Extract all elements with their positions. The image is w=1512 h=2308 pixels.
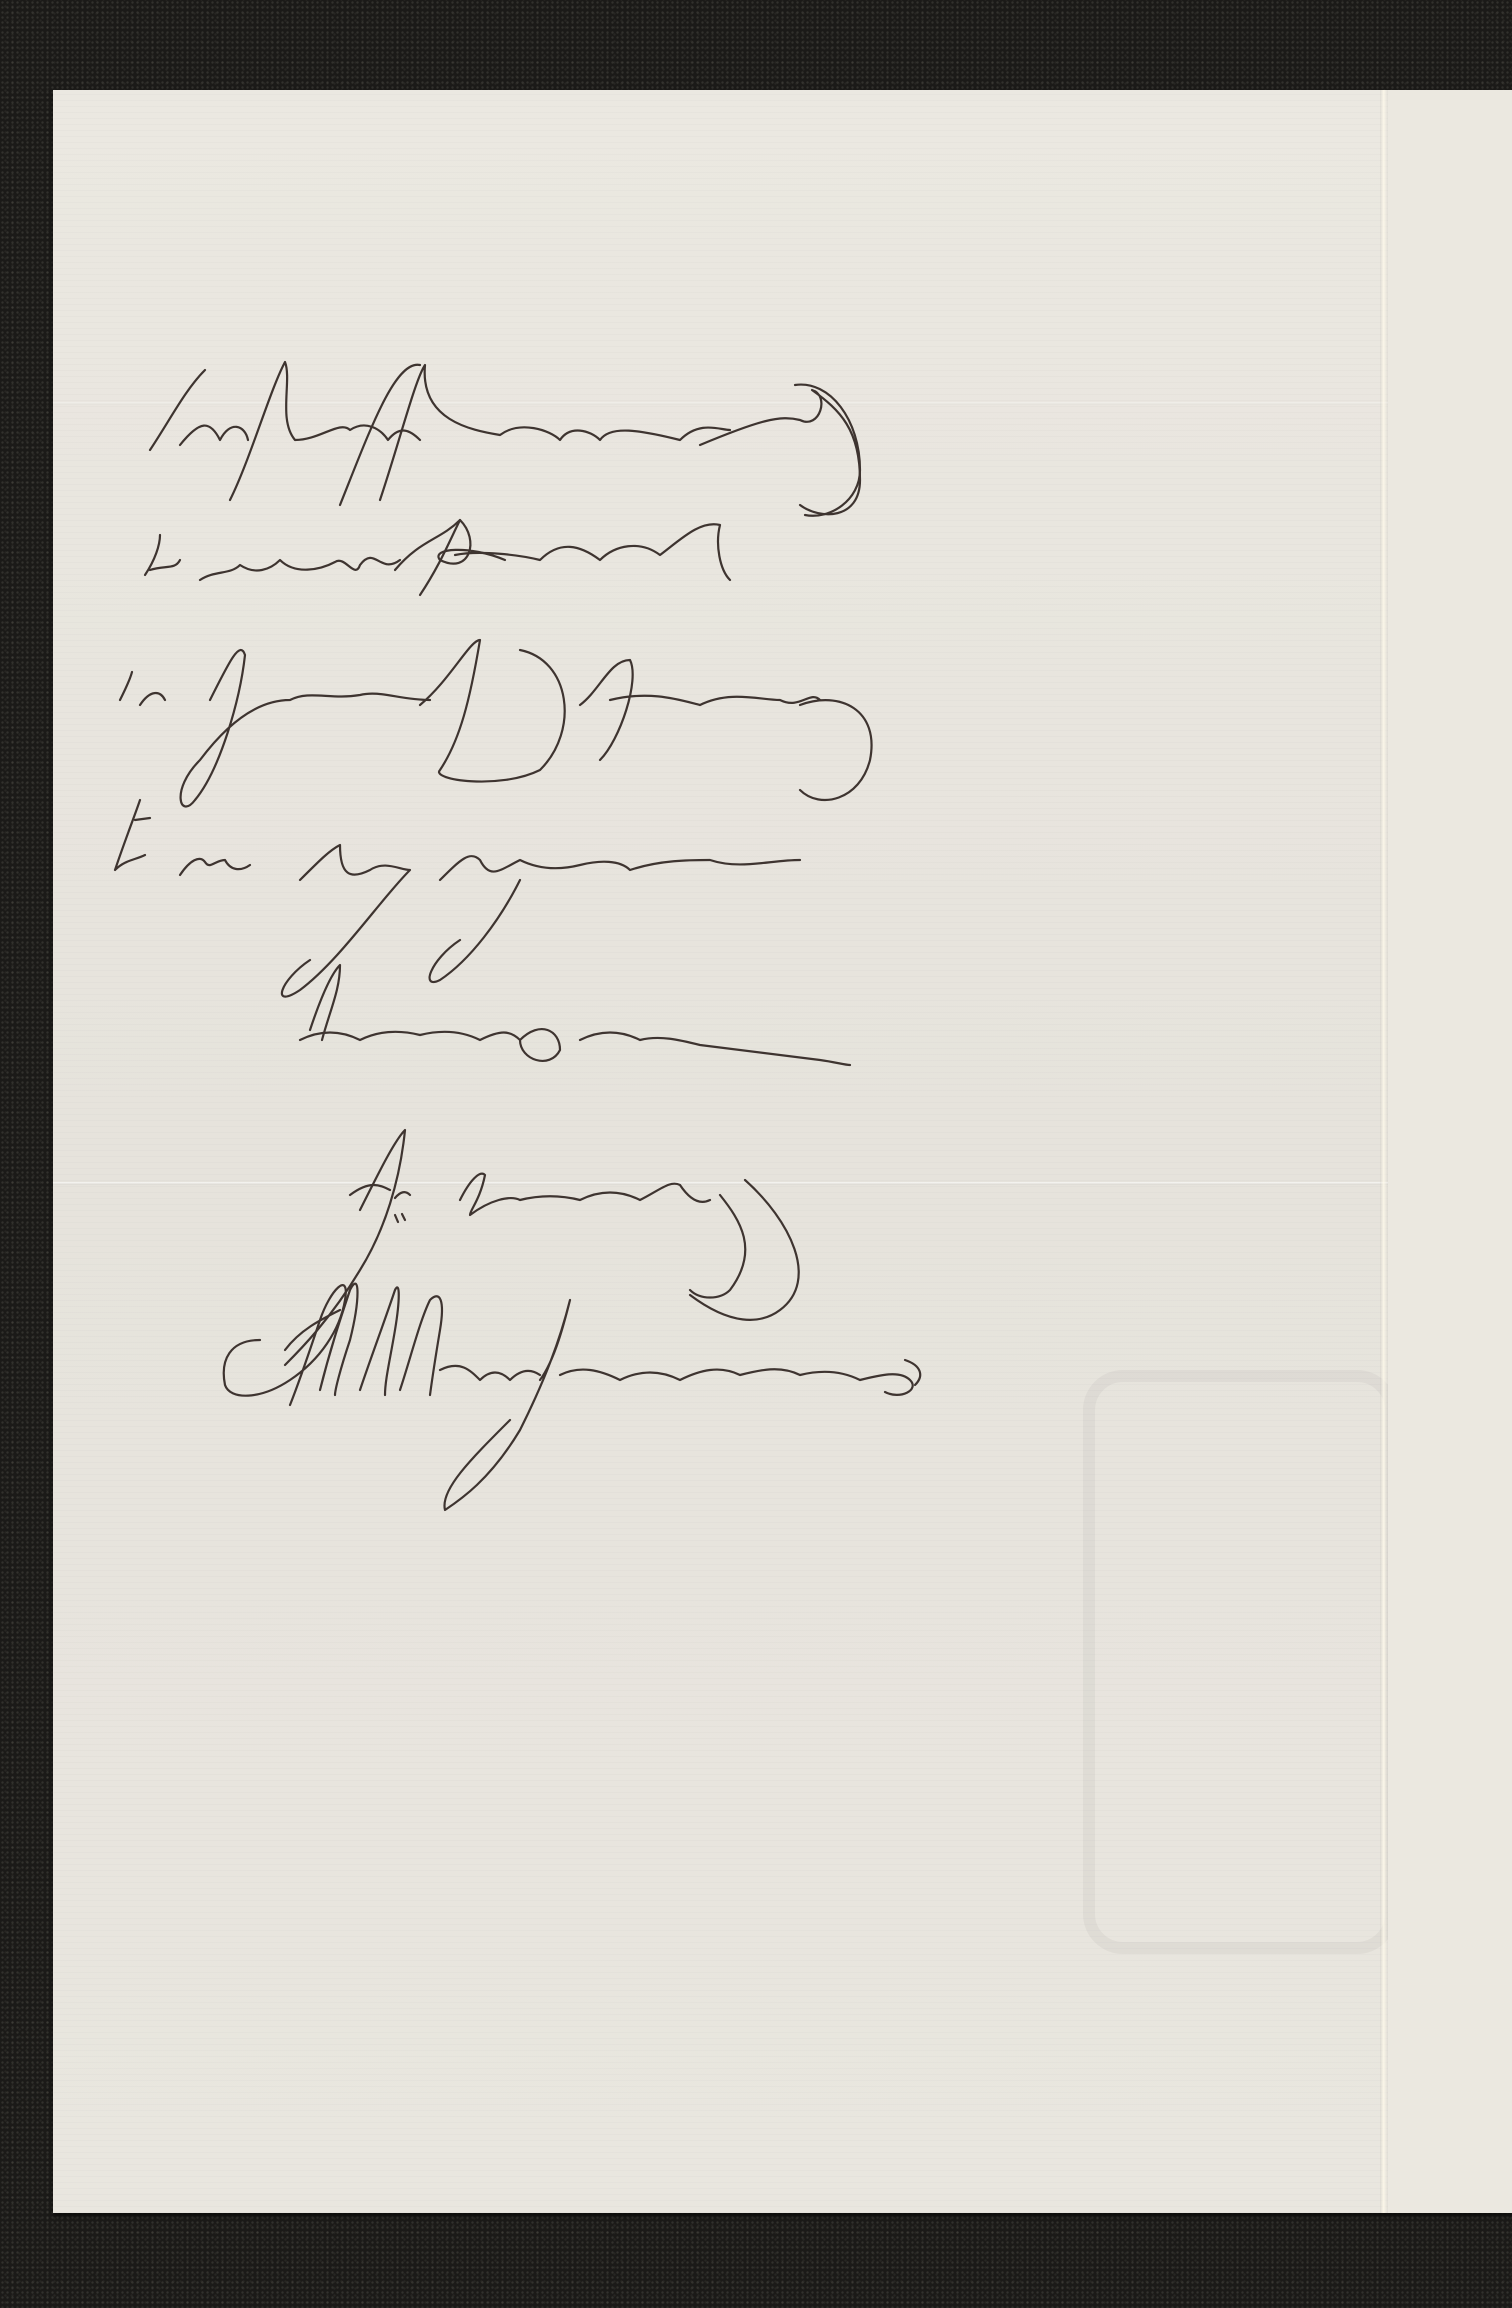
handwriting-ink: [0, 0, 1512, 2308]
handwritten-line-3: [120, 640, 872, 806]
handwritten-line-5: [300, 965, 850, 1065]
handwritten-line-4: [115, 800, 800, 997]
handwritten-line-2: [145, 520, 730, 595]
handwritten-line-6: [285, 1130, 799, 1365]
handwritten-line-1: [150, 362, 860, 516]
